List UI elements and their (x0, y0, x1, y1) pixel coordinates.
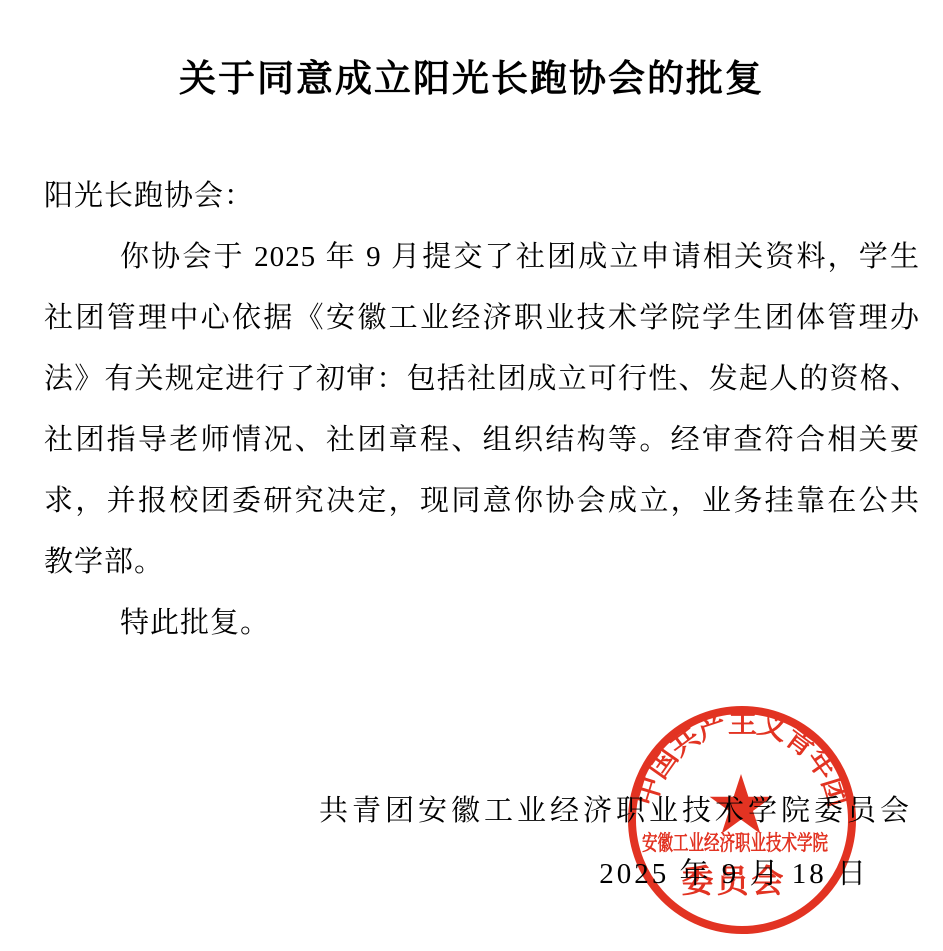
seal-committee-text: 委员会 (681, 863, 786, 899)
salutation: 阳光长跑协会： (44, 166, 920, 227)
body-line: 社团管理中心依据《安徽工业经济职业技术学院学生团体管理办 (44, 288, 920, 349)
body-line: 法》有关规定进行了初审：包括社团成立可行性、发起人的资格、 (44, 349, 920, 410)
body-line: 求，并报校团委研究决定，现同意你协会成立，业务挂靠在公共 (44, 471, 920, 532)
closing-line: 特此批复。 (44, 593, 920, 654)
document-page: 关于同意成立阳光长跑协会的批复 阳光长跑协会： 你协会于 2025 年 9 月提… (0, 0, 943, 951)
star-icon (710, 774, 773, 834)
document-title: 关于同意成立阳光长跑协会的批复 (0, 48, 943, 102)
seal-org-text: 安徽工业经济职业技术学院 (642, 831, 828, 855)
body-line: 你协会于 2025 年 9 月提交了社团成立申请相关资料，学生 (44, 227, 920, 288)
body-line: 教学部。 (44, 532, 920, 593)
official-seal: 中国共产主义青年团 安徽工业经济职业技术学院 委员会 (612, 696, 872, 951)
document-body: 阳光长跑协会： 你协会于 2025 年 9 月提交了社团成立申请相关资料，学生 … (44, 166, 920, 654)
body-line: 社团指导老师情况、社团章程、组织结构等。经审查符合相关要 (44, 410, 920, 471)
